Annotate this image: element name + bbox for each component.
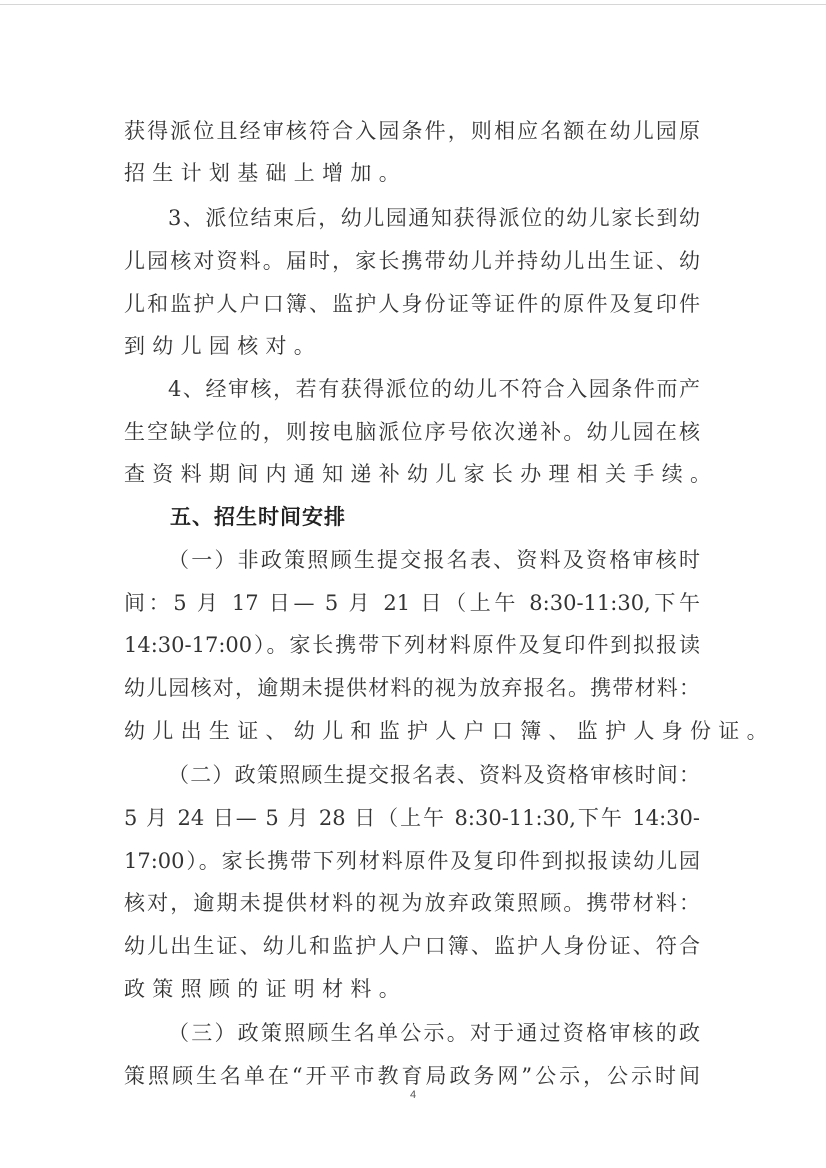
paragraph-line: 幼儿出生证、幼儿和监护人户口簿、监护人身份证。: [124, 716, 700, 746]
paragraph-line: 17:00）。家长携带下列材料原件及复印件到拟报读幼儿园: [124, 846, 700, 876]
paragraph-line: 间：5 月 17 日— 5 月 21 日（上午 8:30-11:30,下午: [124, 588, 700, 618]
page-number: 4: [403, 1089, 423, 1101]
paragraph-line: 5 月 24 日— 5 月 28 日（上午 8:30-11:30,下午 14:3…: [124, 803, 700, 833]
paragraph-line: 到幼儿园核对。: [124, 331, 700, 361]
paragraph-line: 政策照顾的证明材料。: [124, 974, 700, 1004]
paragraph-line: 儿园核对资料。届时，家长携带幼儿并持幼儿出生证、幼: [124, 246, 700, 276]
paragraph-line: 幼儿出生证、幼儿和监护人户口簿、监护人身份证、符合: [124, 931, 700, 961]
paragraph-line: 幼儿园核对，逾期未提供材料的视为放弃报名。携带材料：: [124, 673, 700, 703]
paragraph-line: 生空缺学位的，则按电脑派位序号依次递补。幼儿园在核: [124, 417, 700, 447]
paragraph-line: 3、派位结束后，幼儿园通知获得派位的幼儿家长到幼: [168, 203, 700, 233]
paragraph-line: 查资料期间内通知递补幼儿家长办理相关手续。: [124, 459, 700, 489]
paragraph-line: 4、经审核，若有获得派位的幼儿不符合入园条件而产: [168, 374, 700, 404]
paragraph-line: 招生计划基础上增加。: [124, 158, 700, 188]
paragraph-line: 获得派位且经审核符合入园条件，则相应名额在幼儿园原: [124, 116, 700, 146]
paragraph-line: （一）非政策照顾生提交报名表、资料及资格审核时: [168, 545, 700, 575]
paragraph-line: （二）政策照顾生提交报名表、资料及资格审核时间：: [168, 760, 700, 790]
paragraph-line: 核对，逾期未提供材料的视为放弃政策照顾。携带材料：: [124, 888, 700, 918]
section-heading: 五、招生时间安排: [170, 502, 346, 532]
paragraph-line: （三）政策照顾生名单公示。对于通过资格审核的政: [168, 1018, 700, 1048]
paragraph-line: 14:30-17:00）。家长携带下列材料原件及复印件到拟报读: [124, 630, 700, 660]
document-page: 获得派位且经审核符合入园条件，则相应名额在幼儿园原 招生计划基础上增加。 3、派…: [0, 0, 826, 1168]
paragraph-line: 儿和监护人户口簿、监护人身份证等证件的原件及复印件: [124, 289, 700, 319]
paragraph-line: 策照顾生名单在“开平市教育局政务网”公示，公示时间: [124, 1061, 700, 1091]
